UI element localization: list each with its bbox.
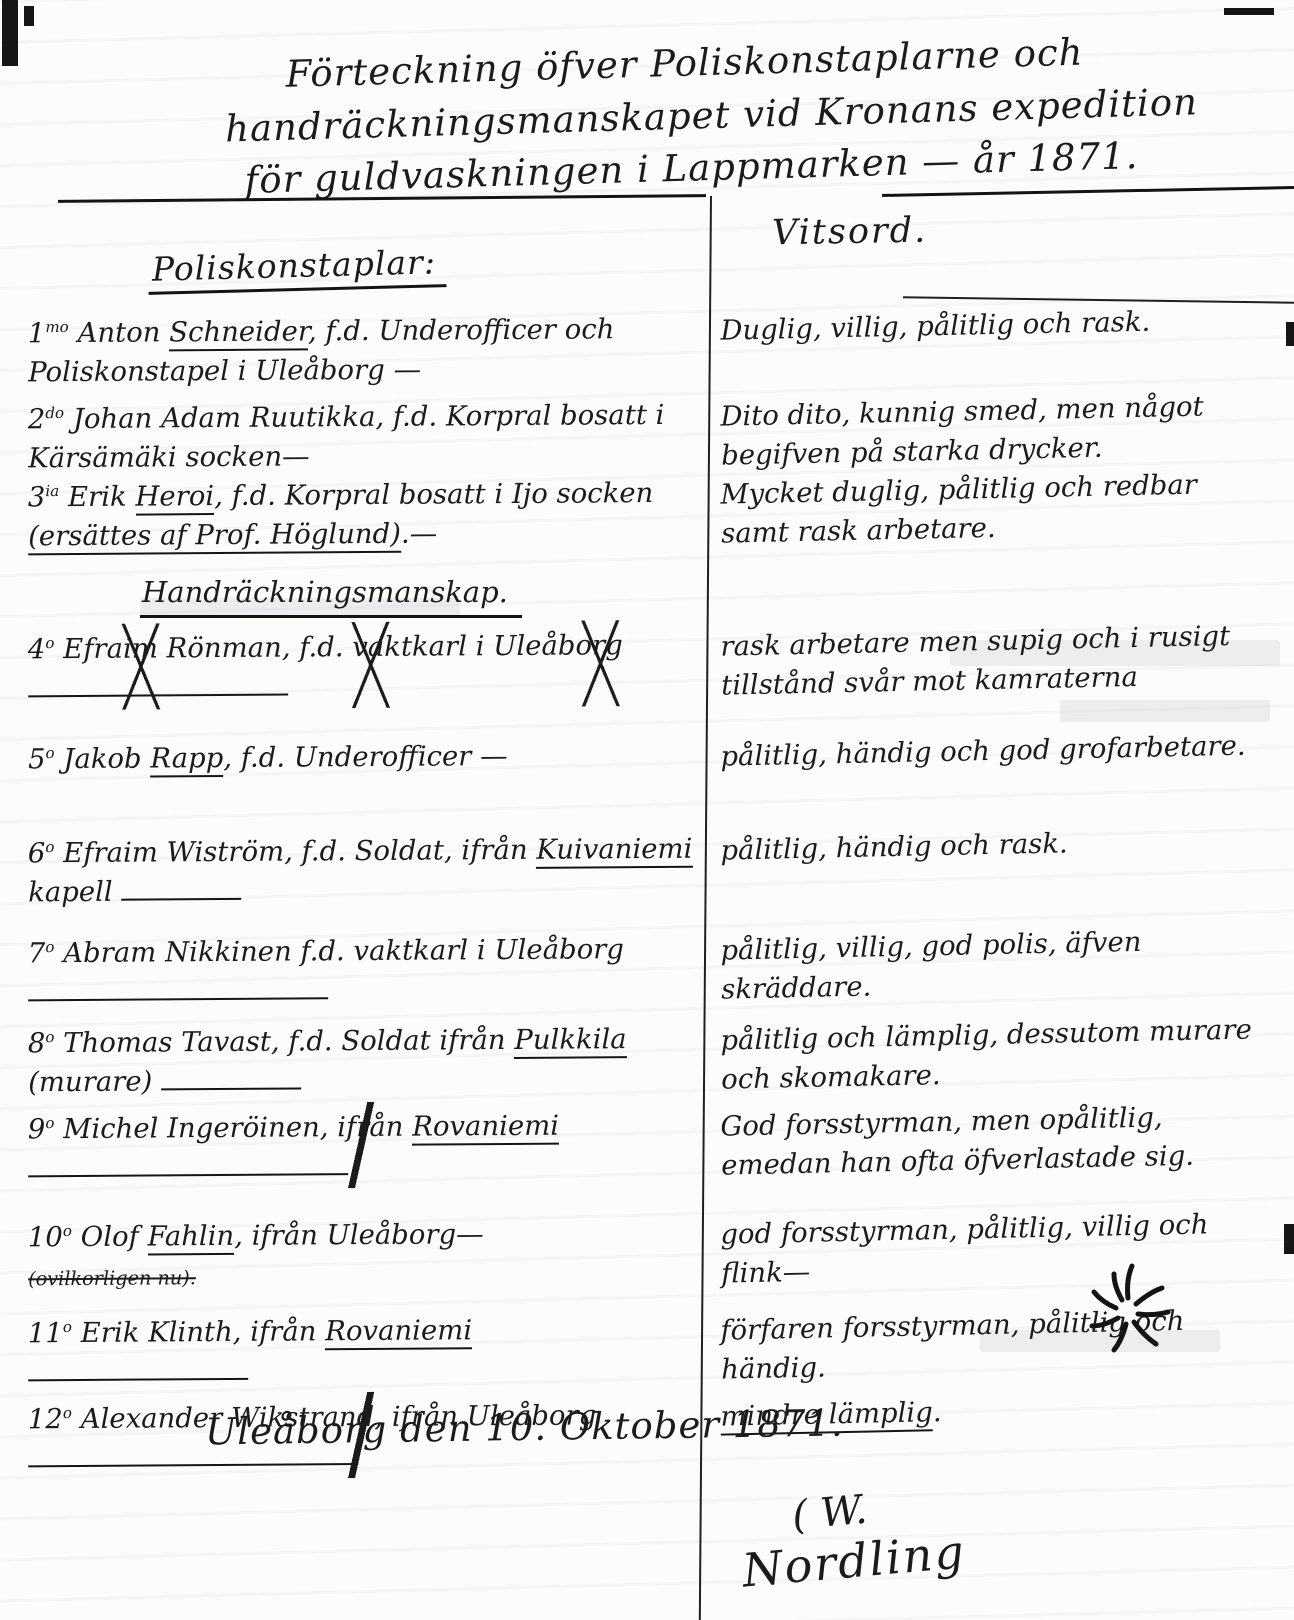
entry-left-text: 11o Erik Klinth, ifrån Rovaniemi (28, 1310, 705, 1393)
handwritten-text-segment: 3 (28, 481, 46, 513)
entry-row: 8o Thomas Tavast, f.d. Soldat ifrån Pulk… (28, 1022, 1272, 1108)
dateline: Uleåborg den 10. Oktober 1871. (205, 1402, 844, 1454)
section-heading-text: Handräckningsmanskap. (140, 572, 522, 618)
entry-vitsord-text: God forsstyrman, men opålitlig, emedan h… (704, 1096, 1266, 1186)
handwritten-text-segment: Olof (72, 1221, 148, 1254)
handwritten-text-segment: 7 (28, 937, 46, 969)
handwritten-text-segment: 5 (28, 743, 46, 775)
handwritten-text-segment: 11 (28, 1317, 63, 1349)
scan-edge-mark (1286, 322, 1294, 346)
entry-vitsord-text: förfaren forsstyrman, pålitlig och händi… (704, 1300, 1266, 1390)
handwritten-text-segment: Erik Klinth, ifrån (72, 1315, 325, 1349)
handwritten-text-segment: (murare) (28, 1066, 161, 1099)
handwritten-text-segment: Thomas Tavast, f.d. Soldat ifrån (54, 1024, 514, 1059)
handwritten-text-segment: Mycket duglig, pålitlig och redbar samt … (720, 469, 1197, 550)
entry-left-text: 5o Jakob Rapp, f.d. Underofficer — (28, 736, 704, 780)
handwritten-text-segment: Pulkkila (514, 1023, 627, 1059)
handwritten-text-segment: o (63, 1222, 72, 1240)
entry-vitsord-text: god forsstyrman, pålitlig, villig och fl… (704, 1204, 1266, 1294)
signature: ( W. Nordling (736, 1478, 968, 1597)
scan-edge-mark (2, 0, 18, 66)
scan-edge-mark (24, 6, 34, 26)
entry-left-text: 2do Johan Adam Ruutikka, f.d. Korpral bo… (28, 396, 705, 479)
handwritten-text-segment: Kuivaniemi (536, 833, 692, 869)
drawn-dash-rule (28, 1158, 348, 1177)
handwritten-text-segment: .— (401, 518, 437, 550)
handwritten-text-segment: Efraim Wiström, f.d. Soldat, ifrån (54, 834, 536, 869)
entry-vitsord-text: Dito dito, kunnig smed, men något begifv… (704, 386, 1266, 476)
star-doodle-icon (1078, 1258, 1178, 1362)
handwritten-text-segment: o (45, 938, 54, 956)
handwritten-text-segment: Rapp (150, 742, 223, 778)
drawn-dash-rule (28, 679, 288, 698)
handrackningsmanskap-section-heading: Handräckningsmanskap. (140, 572, 1272, 620)
drawn-dash-rule (28, 982, 328, 1001)
entry-left-text: 3ia Erik Heroi, f.d. Korpral bosatt i Ij… (28, 474, 705, 557)
handwritten-text-segment: . (932, 1396, 941, 1428)
handwritten-text-segment: God forsstyrman, men opålitlig, emedan h… (720, 1101, 1194, 1181)
entry-row: 9o Michel Ingeröinen, ifrån Rovaniemi Go… (28, 1108, 1272, 1216)
handwritten-text-segment: 1 (28, 317, 46, 349)
handwritten-text-segment: 10 (28, 1221, 63, 1253)
handwritten-text-segment: (ersättes af Prof. Höglund) (28, 518, 401, 556)
handwritten-text-segment: o (63, 1318, 72, 1336)
entry-row: 4o Efraim Rönman, f.d. vaktkarl i Uleåbo… (28, 628, 1272, 738)
handwritten-text-segment: 6 (28, 837, 46, 869)
poliskonstaplar-header-text: Poliskonstaplar: (147, 242, 446, 295)
entry-left-text: 1mo Anton Schneider, f.d. Underofficer o… (28, 310, 705, 393)
handwritten-text-segment: Schneider (169, 315, 308, 351)
entry-row: 5o Jakob Rapp, f.d. Underofficer —pålitl… (28, 738, 1272, 832)
drawn-dash-rule (121, 883, 241, 901)
scan-edge-mark (1284, 1224, 1294, 1254)
entry-row: 2do Johan Adam Ruutikka, f.d. Korpral bo… (28, 398, 1272, 476)
entry-vitsord-text: rask arbetare men supig och i rusigt til… (704, 616, 1266, 706)
handwritten-text-segment: Dito dito, kunnig smed, men något begifv… (720, 391, 1204, 472)
entry-vitsord-text: Duglig, villig, pålitlig och rask. (704, 300, 1265, 351)
handwritten-text-segment: o (63, 1404, 72, 1422)
handwritten-text-segment: kapell (28, 876, 122, 909)
handwritten-text-segment: Rovaniemi (325, 1314, 472, 1350)
handwritten-text-segment: Fahlin (147, 1220, 234, 1256)
vitsord-column-header: Vitsord. (772, 211, 928, 254)
entry-left-text: 8o Thomas Tavast, f.d. Soldat ifrån Pulk… (28, 1020, 705, 1103)
handwritten-text-segment: o (45, 634, 54, 652)
handwritten-text-segment: , ifrån Uleåborg— (234, 1218, 484, 1252)
handwritten-text-segment: Efraim Rönman, f.d. vaktkarl i Uleåborg (54, 629, 623, 665)
handwritten-text-segment: Rovaniemi (412, 1110, 559, 1146)
scanned-document-page: Förteckning öfver Poliskonstaplarne och … (0, 0, 1294, 1620)
drawn-dash-rule (161, 1072, 301, 1090)
entry-row: 6o Efraim Wiström, f.d. Soldat, ifrån Ku… (28, 832, 1272, 932)
handwritten-text-segment: pålitlig, händig och god grofarbetare. (720, 730, 1246, 773)
handwritten-text-segment: (ovilkorligen nu). (28, 1266, 196, 1290)
poliskonstaplar-header: Poliskonstaplar: (147, 242, 446, 295)
handwritten-text-segment: Jakob (55, 743, 151, 776)
entry-row: 3ia Erik Heroi, f.d. Korpral bosatt i Ij… (28, 476, 1272, 570)
entry-left-text: 9o Michel Ingeröinen, ifrån Rovaniemi (28, 1106, 705, 1189)
entry-row: 7o Abram Nikkinen f.d. vaktkarl i Uleåbo… (28, 932, 1272, 1022)
handwritten-text-segment: Michel Ingeröinen, ifrån (54, 1111, 412, 1145)
document-title: Förteckning öfver Poliskonstaplarne och … (223, 22, 1267, 209)
scan-edge-mark (1224, 8, 1274, 15)
handwritten-text-segment: Heroi (135, 480, 214, 516)
handwritten-text-segment: pålitlig, villig, god polis, äfven skräd… (720, 926, 1142, 1006)
handwritten-text-segment: Duglig, villig, pålitlig och rask. (720, 306, 1150, 347)
handwritten-text-segment: o (45, 1028, 54, 1046)
handwritten-text-segment: 8 (28, 1027, 46, 1059)
entry-left-text: 7o Abram Nikkinen f.d. vaktkarl i Uleåbo… (28, 930, 705, 1013)
handwritten-text-segment: 4 (28, 633, 46, 665)
handwritten-text-segment: o (45, 838, 54, 856)
handwritten-text-segment: ia (45, 482, 59, 500)
handwritten-text-segment: 12 (28, 1403, 63, 1435)
handwritten-text-segment: , f.d. Underofficer — (223, 740, 508, 774)
handwritten-text-segment: o (45, 1114, 54, 1132)
entry-left-text: 10o Olof Fahlin, ifrån Uleåborg—(ovilkor… (28, 1214, 705, 1297)
entry-row: 1mo Anton Schneider, f.d. Underofficer o… (28, 312, 1272, 398)
entry-vitsord-text: pålitlig, villig, god polis, äfven skräd… (704, 920, 1266, 1010)
handwritten-text-segment: 9 (28, 1113, 46, 1145)
handwritten-text-segment: o (45, 744, 54, 762)
handwritten-text-segment: do (45, 404, 64, 422)
handwritten-text-segment: pålitlig, händig och rask. (720, 827, 1068, 866)
handwritten-text-segment: Erik (59, 481, 135, 514)
entry-left-text: 6o Efraim Wiström, f.d. Soldat, ifrån Ku… (28, 830, 705, 913)
entry-vitsord-text: pålitlig och lämplig, dessutom murare oc… (704, 1010, 1266, 1100)
entry-left-text: 4o Efraim Rönman, f.d. vaktkarl i Uleåbo… (28, 626, 705, 709)
handwritten-text-segment: Abram Nikkinen f.d. vaktkarl i Uleåborg (54, 933, 624, 969)
handwritten-text-segment: pålitlig och lämplig, dessutom murare oc… (720, 1014, 1252, 1096)
handwritten-text-segment: Johan Adam Ruutikka, f.d. Korpral bosatt… (28, 399, 664, 474)
handwritten-text-segment: Anton (69, 316, 170, 349)
entry-vitsord-text: Mycket duglig, pålitlig och redbar samt … (704, 464, 1266, 554)
drawn-dash-rule (28, 1363, 248, 1382)
handwritten-text-segment: 2 (28, 403, 46, 435)
handwritten-text-segment: , f.d. Korpral bosatt i Ijo socken (214, 477, 653, 512)
handwritten-text-segment: rask arbetare men supig och i rusigt til… (720, 620, 1230, 702)
handwritten-text-segment: mo (45, 318, 69, 336)
